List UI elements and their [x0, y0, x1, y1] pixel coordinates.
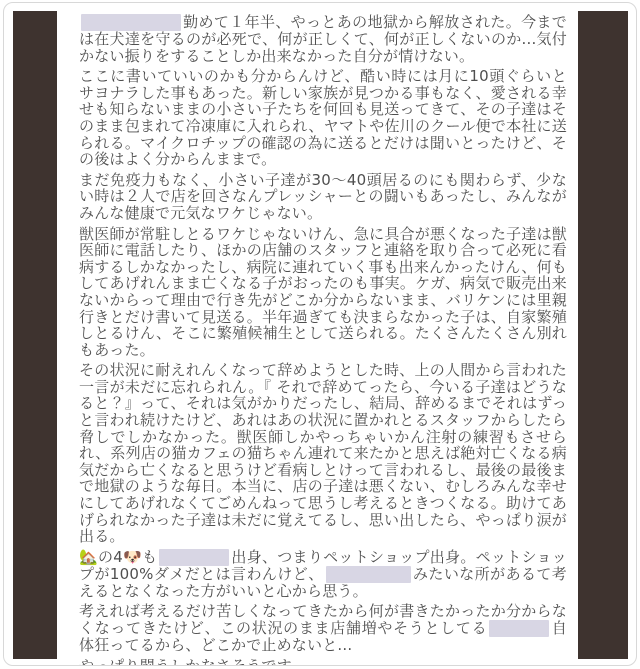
paragraph: ここに書いていいのかも分からんけど、酷い時には月に10頭ぐらいとサヨナラした事も… [79, 68, 567, 168]
redacted-text [81, 14, 181, 31]
right-dark-sidebar [578, 11, 628, 659]
paragraph: その状況に耐えれんくなって辞めようとした時、上の人間から言われた一言が未だに忘れ… [79, 362, 567, 545]
left-dark-sidebar [13, 11, 57, 659]
paragraph: 獣医師が常駐しとるワケじゃないけん、急に具合が悪くなった子達は獣医師に電話したり… [79, 226, 567, 359]
paragraph: 勤めて１年半、やっとあの地獄から解放された。今までは在犬達を守るのが必死で、何が… [79, 14, 567, 64]
paragraph: 🏡の4🐶も出身、つまりペットショップ出身。ペットショップが100%ダメだとは言わ… [79, 549, 567, 600]
paragraph: 考えれば考えるだけ苦しくなってきたから何が書きたかったか分からなくなってきたけど… [79, 603, 567, 653]
post-body: 勤めて１年半、やっとあの地獄から解放された。今までは在犬達を守るのが必死で、何が… [79, 14, 567, 666]
paragraph: やっぱり闘うしかなさそうです。 [79, 658, 567, 666]
redacted-text [326, 566, 411, 583]
redacted-text [159, 549, 229, 566]
redacted-text [489, 620, 549, 637]
paragraph: まだ免疫力もなく、小さい子達が30〜40頭居るのにも関わらず、少ない時は２人で店… [79, 172, 567, 222]
screenshot-card: 勤めて１年半、やっとあの地獄から解放された。今までは在犬達を守るのが必死で、何が… [3, 2, 637, 666]
